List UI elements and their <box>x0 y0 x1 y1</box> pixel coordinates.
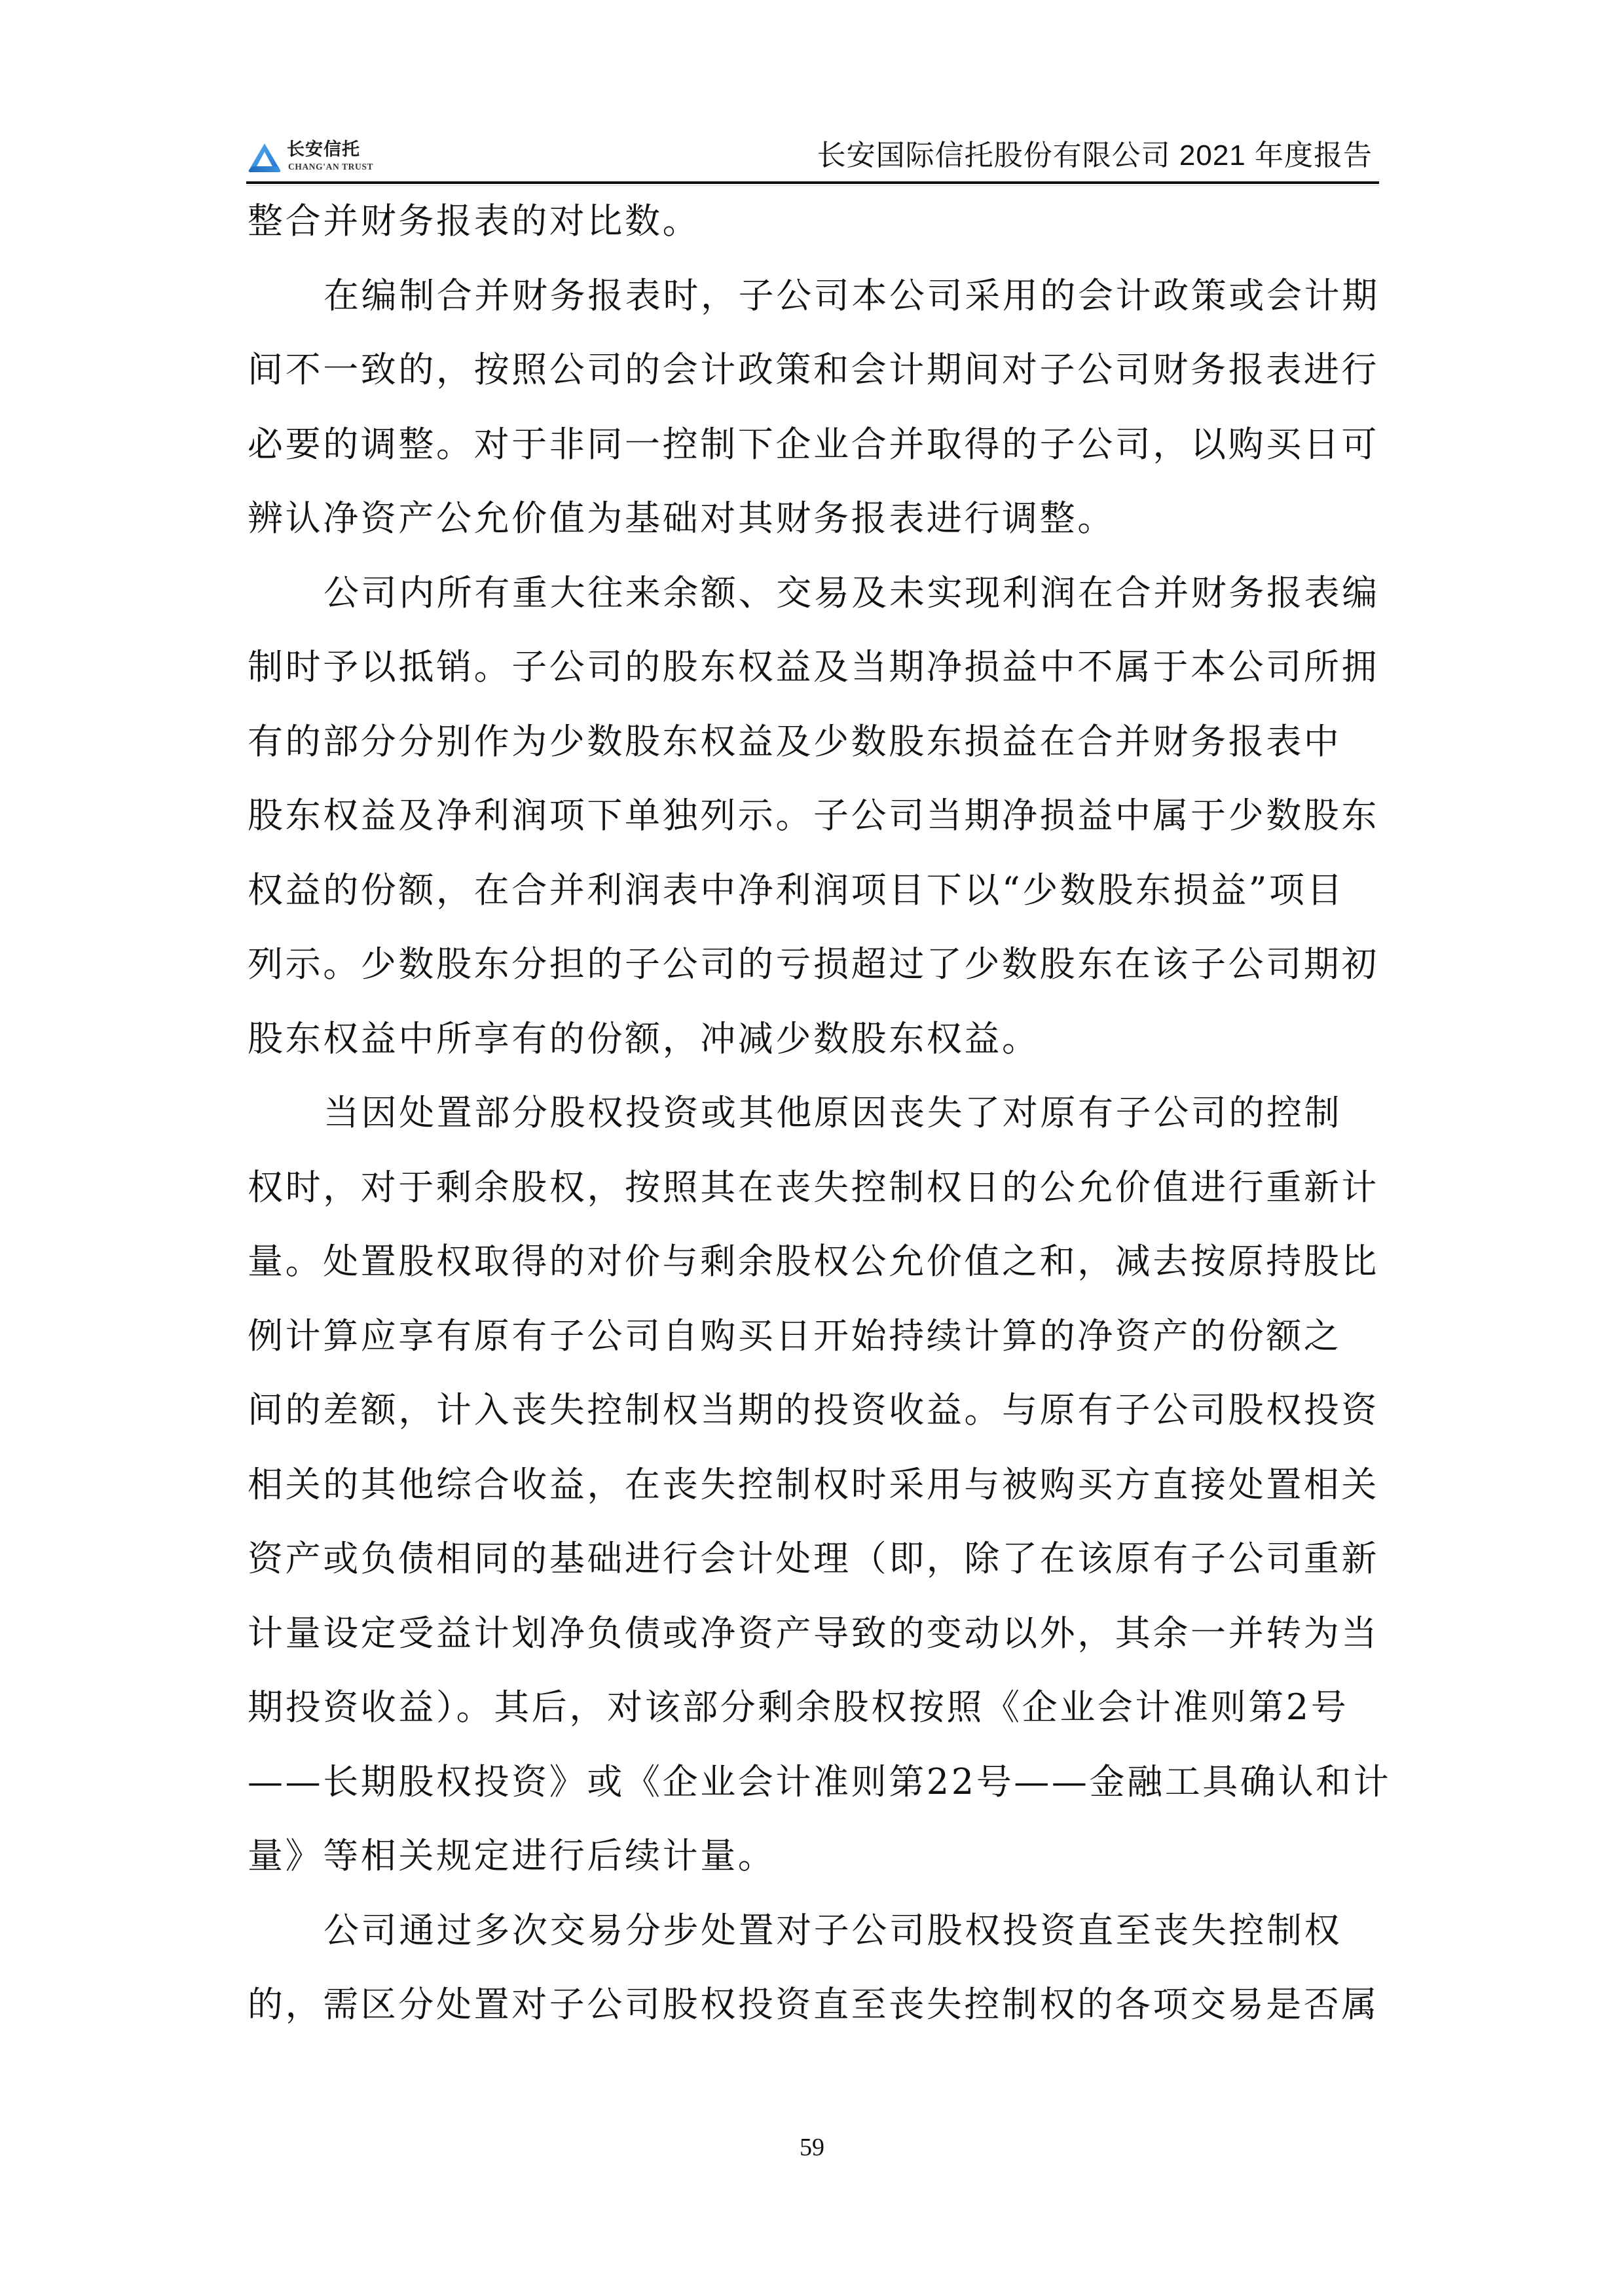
text-line: 必要的调整。对于非同一控制下企业合并取得的子公司，以购买日可 <box>248 424 1378 498</box>
text-line: 例计算应享有原有子公司自购买日开始持续计算的净资产的份额之 <box>248 1315 1378 1390</box>
text-line: 辨认净资产公允价值为基础对其财务报表进行调整。 <box>248 498 1378 572</box>
company-logo: 长安信托 CHANG'AN TRUST <box>248 140 352 174</box>
document-page: 长安信托 CHANG'AN TRUST 长安国际信托股份有限公司 2021 年度… <box>0 0 1624 2296</box>
text-line: 资产或负债相同的基础进行会计处理（即，除了在该原有子公司重新 <box>248 1538 1378 1613</box>
text-line: 公司通过多次交易分步处置对子公司股权投资直至丧失控制权 <box>248 1910 1378 1984</box>
triangle-logo-icon <box>248 143 282 173</box>
header-divider <box>246 181 1379 184</box>
logo-name-en: CHANG'AN TRUST <box>288 162 373 172</box>
text-line: ——长期股权投资》或《企业会计准则第22号——金融工具确认和计 <box>248 1761 1378 1836</box>
text-line: 间的差额，计入丧失控制权当期的投资收益。与原有子公司股权投资 <box>248 1389 1378 1464</box>
text-line: 公司内所有重大往来余额、交易及未实现利润在合并财务报表编 <box>248 572 1378 647</box>
logo-name-cn: 长安信托 <box>287 140 360 160</box>
text-line: 股东权益中所享有的份额，冲减少数股东权益。 <box>248 1018 1378 1093</box>
text-line: 在编制合并财务报表时，子公司本公司采用的会计政策或会计期 <box>248 275 1378 350</box>
text-line: 股东权益及净利润项下单独列示。子公司当期净损益中属于少数股东 <box>248 795 1378 869</box>
body-text: 整合并财务报表的对比数。 在编制合并财务报表时，子公司本公司采用的会计政策或会计… <box>248 200 1378 2058</box>
text-line: 权益的份额，在合并利润表中净利润项目下以“少数股东损益”项目 <box>248 869 1378 944</box>
text-line: 整合并财务报表的对比数。 <box>248 200 1378 275</box>
header-divider-thin <box>246 185 1379 186</box>
text-line: 有的部分分别作为少数股东权益及少数股东损益在合并财务报表中 <box>248 721 1378 795</box>
text-line: 量》等相关规定进行后续计量。 <box>248 1835 1378 1910</box>
page-number: 59 <box>0 2133 1624 2162</box>
report-title: 长安国际信托股份有限公司 2021 年度报告 <box>817 139 1373 173</box>
text-line: 列示。少数股东分担的子公司的亏损超过了少数股东在该子公司期初 <box>248 943 1378 1018</box>
text-line: 间不一致的，按照公司的会计政策和会计期间对子公司财务报表进行 <box>248 349 1378 424</box>
text-line: 计量设定受益计划净负债或净资产导致的变动以外，其余一并转为当 <box>248 1613 1378 1687</box>
text-line: 制时予以抵销。子公司的股东权益及当期净损益中不属于本公司所拥 <box>248 646 1378 721</box>
text-line: 量。处置股权取得的对价与剩余股权公允价值之和，减去按原持股比 <box>248 1241 1378 1315</box>
text-line: 当因处置部分股权投资或其他原因丧失了对原有子公司的控制 <box>248 1092 1378 1167</box>
text-line: 相关的其他综合收益，在丧失控制权时采用与被购买方直接处置相关 <box>248 1464 1378 1539</box>
text-line: 权时，对于剩余股权，按照其在丧失控制权日的公允价值进行重新计 <box>248 1167 1378 1241</box>
text-line: 的，需区分处置对子公司股权投资直至丧失控制权的各项交易是否属 <box>248 1984 1378 2058</box>
text-line: 期投资收益）。其后，对该部分剩余股权按照《企业会计准则第2号 <box>248 1686 1378 1761</box>
